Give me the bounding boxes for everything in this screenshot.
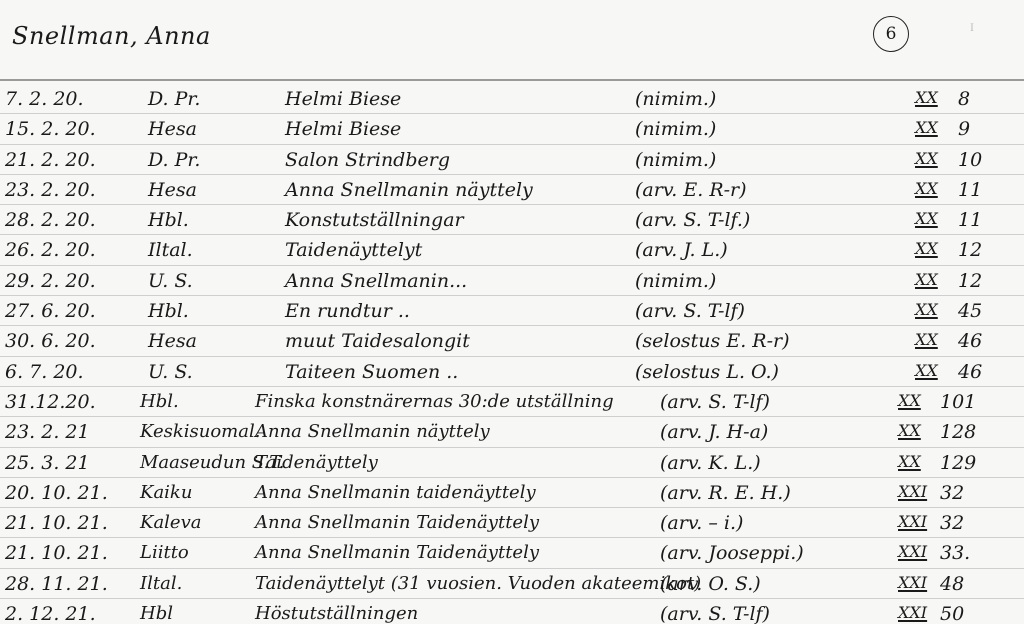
entry-row: 28. 2. 20.Hbl.Konstutställningar(arv. S.… [0,205,1024,235]
entry-date: 31.12.20. [5,391,96,413]
entry-row: 31.12.20.Hbl.Finska konstnärernas 30:de … [0,387,1024,417]
entry-date: 28. 2. 20. [5,209,96,231]
entry-page: 129 [940,452,976,474]
entry-date: 29. 2. 20. [5,270,96,292]
entry-reviewer: (nimim.) [635,118,716,140]
entry-reviewer: (arv. – i.) [660,512,743,534]
entry-row: 23. 2. 20.HesaAnna Snellmanin näyttely(a… [0,175,1024,205]
entry-title: Konstutställningar [285,209,464,231]
entry-page: 32 [940,512,964,534]
entry-volume: XX [915,330,938,349]
entry-reviewer: (selostus L. O.) [635,361,779,383]
entry-volume: XX [898,391,921,410]
entry-page: 45 [958,300,982,322]
header-divider [0,79,1024,81]
entry-page: 128 [940,421,976,443]
entry-row: 21. 10. 21.LiittoAnna Snellmanin Taidenä… [0,538,1024,568]
entry-date: 21. 2. 20. [5,149,96,171]
entry-page: 12 [958,270,982,292]
entry-volume: XX [898,421,921,440]
entry-newspaper: D. Pr. [148,88,200,110]
entry-volume: XX [915,149,938,168]
entry-volume: XXI [898,542,927,561]
entry-row: 21. 2. 20.D. Pr.Salon Strindberg(nimim.)… [0,145,1024,175]
entry-reviewer: (arv. J. L.) [635,239,728,261]
entry-page: 32 [940,482,964,504]
entry-row: 29. 2. 20.U. S.Anna Snellmanin...(nimim.… [0,266,1024,296]
card-heading-name: Snellman, Anna [12,22,211,50]
entry-reviewer: (nimim.) [635,149,716,171]
entry-newspaper: Kaiku [140,482,192,503]
entry-newspaper: U. S. [148,270,193,292]
entry-page: 33. [940,542,970,564]
entry-volume: XX [915,209,938,228]
entry-reviewer: (arv. O. S.) [660,573,761,595]
entry-newspaper: Hesa [148,179,197,201]
entry-page: 50 [940,603,964,624]
entry-newspaper: Hbl [140,603,173,624]
entry-date: 2. 12. 21. [5,603,96,624]
entry-reviewer: (arv. Jooseppi.) [660,542,804,564]
entry-volume: XX [915,270,938,289]
entries-list: 7. 2. 20.D. Pr.Helmi Biese(nimim.)XX815.… [0,84,1024,624]
entry-title: Anna Snellmanin Taidenäyttely [255,512,539,533]
entry-page: 46 [958,361,982,383]
entry-newspaper: Kaleva [140,512,202,533]
entry-row: 6. 7. 20.U. S.Taiteen Suomen ..(selostus… [0,357,1024,387]
entry-newspaper: Keskisuomal. [140,421,260,442]
entry-row: 21. 10. 21.KalevaAnna Snellmanin Taidenä… [0,508,1024,538]
entry-row: 20. 10. 21.KaikuAnna Snellmanin taidenäy… [0,478,1024,508]
entry-date: 23. 2. 21 [5,421,90,443]
entry-volume: XX [915,118,938,137]
entry-newspaper: D. Pr. [148,149,200,171]
entry-newspaper: Hbl. [148,300,189,322]
entry-volume: XXI [898,482,927,501]
entry-title: Anna Snellmanin näyttely [285,179,533,201]
entry-title: Höstutställningen [255,603,418,624]
entry-volume: XXI [898,603,927,622]
entry-date: 21. 10. 21. [5,512,108,534]
entry-date: 28. 11. 21. [5,573,108,595]
entry-row: 25. 3. 21Maaseudun S.T.Taidenäyttely(arv… [0,448,1024,478]
entry-page: 8 [958,88,970,110]
entry-page: 12 [958,239,982,261]
entry-title: muut Taidesalongit [285,330,470,352]
entry-date: 6. 7. 20. [5,361,84,383]
entry-reviewer: (arv. J. H-a) [660,421,768,443]
entry-newspaper: Hbl. [148,209,189,231]
entry-page: 48 [940,573,964,595]
entry-row: 27. 6. 20.Hbl.En rundtur ..(arv. S. T-lf… [0,296,1024,326]
corner-mark: I [968,24,976,58]
entry-date: 30. 6. 20. [5,330,96,352]
entry-volume: XX [915,361,938,380]
entry-date: 15. 2. 20. [5,118,96,140]
entry-newspaper: Iltal. [140,573,182,594]
entry-row: 15. 2. 20.HesaHelmi Biese(nimim.)XX9 [0,114,1024,144]
entry-volume: XXI [898,573,927,592]
entry-reviewer: (selostus E. R-r) [635,330,790,352]
entry-page: 10 [958,149,982,171]
entry-volume: XXI [898,512,927,531]
entry-reviewer: (arv. S. T-lf) [635,300,745,322]
entry-reviewer: (arv. E. R-r) [635,179,747,201]
entry-date: 26. 2. 20. [5,239,96,261]
entry-reviewer: (nimim.) [635,88,716,110]
entry-reviewer: (nimim.) [635,270,716,292]
entry-title: Anna Snellmanin näyttely [255,421,490,442]
entry-date: 20. 10. 21. [5,482,108,504]
entry-date: 27. 6. 20. [5,300,96,322]
entry-volume: XX [915,88,938,107]
entry-title: Helmi Biese [285,118,401,140]
entry-page: 9 [958,118,970,140]
entry-title: Taidenäyttelyt (31 vuosien. Vuoden akate… [255,573,701,594]
entry-title: Finska konstnärernas 30:de utställning [255,391,614,412]
entry-reviewer: (arv. S. T-lf.) [635,209,750,231]
page-number-badge: 6 [873,16,909,52]
entry-volume: XX [898,452,921,471]
entry-row: 30. 6. 20.Hesamuut Taidesalongit(selostu… [0,326,1024,356]
entry-title: Anna Snellmanin Taidenäyttely [255,542,539,563]
entry-row: 7. 2. 20.D. Pr.Helmi Biese(nimim.)XX8 [0,84,1024,114]
entry-date: 21. 10. 21. [5,542,108,564]
entry-newspaper: Hbl. [140,391,179,412]
entry-volume: XX [915,179,938,198]
entry-newspaper: Iltal. [148,239,193,261]
entry-page: 101 [940,391,976,413]
entry-newspaper: Hesa [148,118,197,140]
entry-reviewer: (arv. K. L.) [660,452,761,474]
entry-newspaper: U. S. [148,361,193,383]
entry-page: 46 [958,330,982,352]
entry-title: Taiteen Suomen .. [285,361,458,383]
entry-title: Taidenäyttelyt [285,239,422,261]
entry-volume: XX [915,239,938,258]
entry-newspaper: Liitto [140,542,189,563]
entry-row: 23. 2. 21Keskisuomal.Anna Snellmanin näy… [0,417,1024,447]
entry-title: Anna Snellmanin taidenäyttely [255,482,536,503]
entry-reviewer: (arv. R. E. H.) [660,482,791,504]
entry-date: 23. 2. 20. [5,179,96,201]
entry-page: 11 [958,179,982,201]
entry-reviewer: (arv. S. T-lf) [660,391,770,413]
index-card: Snellman, Anna 6 I 7. 2. 20.D. Pr.Helmi … [0,0,1024,624]
entry-title: Salon Strindberg [285,149,450,171]
entry-row: 26. 2. 20.Iltal.Taidenäyttelyt(arv. J. L… [0,235,1024,265]
entry-date: 25. 3. 21 [5,452,90,474]
entry-title: En rundtur .. [285,300,410,322]
entry-page: 11 [958,209,982,231]
entry-title: Taidenäyttely [255,452,378,473]
entry-row: 2. 12. 21.HblHöstutställningen(arv. S. T… [0,599,1024,624]
entry-newspaper: Hesa [148,330,197,352]
entry-row: 28. 11. 21.Iltal.Taidenäyttelyt (31 vuos… [0,569,1024,599]
entry-title: Anna Snellmanin... [285,270,467,292]
entry-reviewer: (arv. S. T-lf) [660,603,770,624]
entry-title: Helmi Biese [285,88,401,110]
entry-volume: XX [915,300,938,319]
entry-date: 7. 2. 20. [5,88,84,110]
